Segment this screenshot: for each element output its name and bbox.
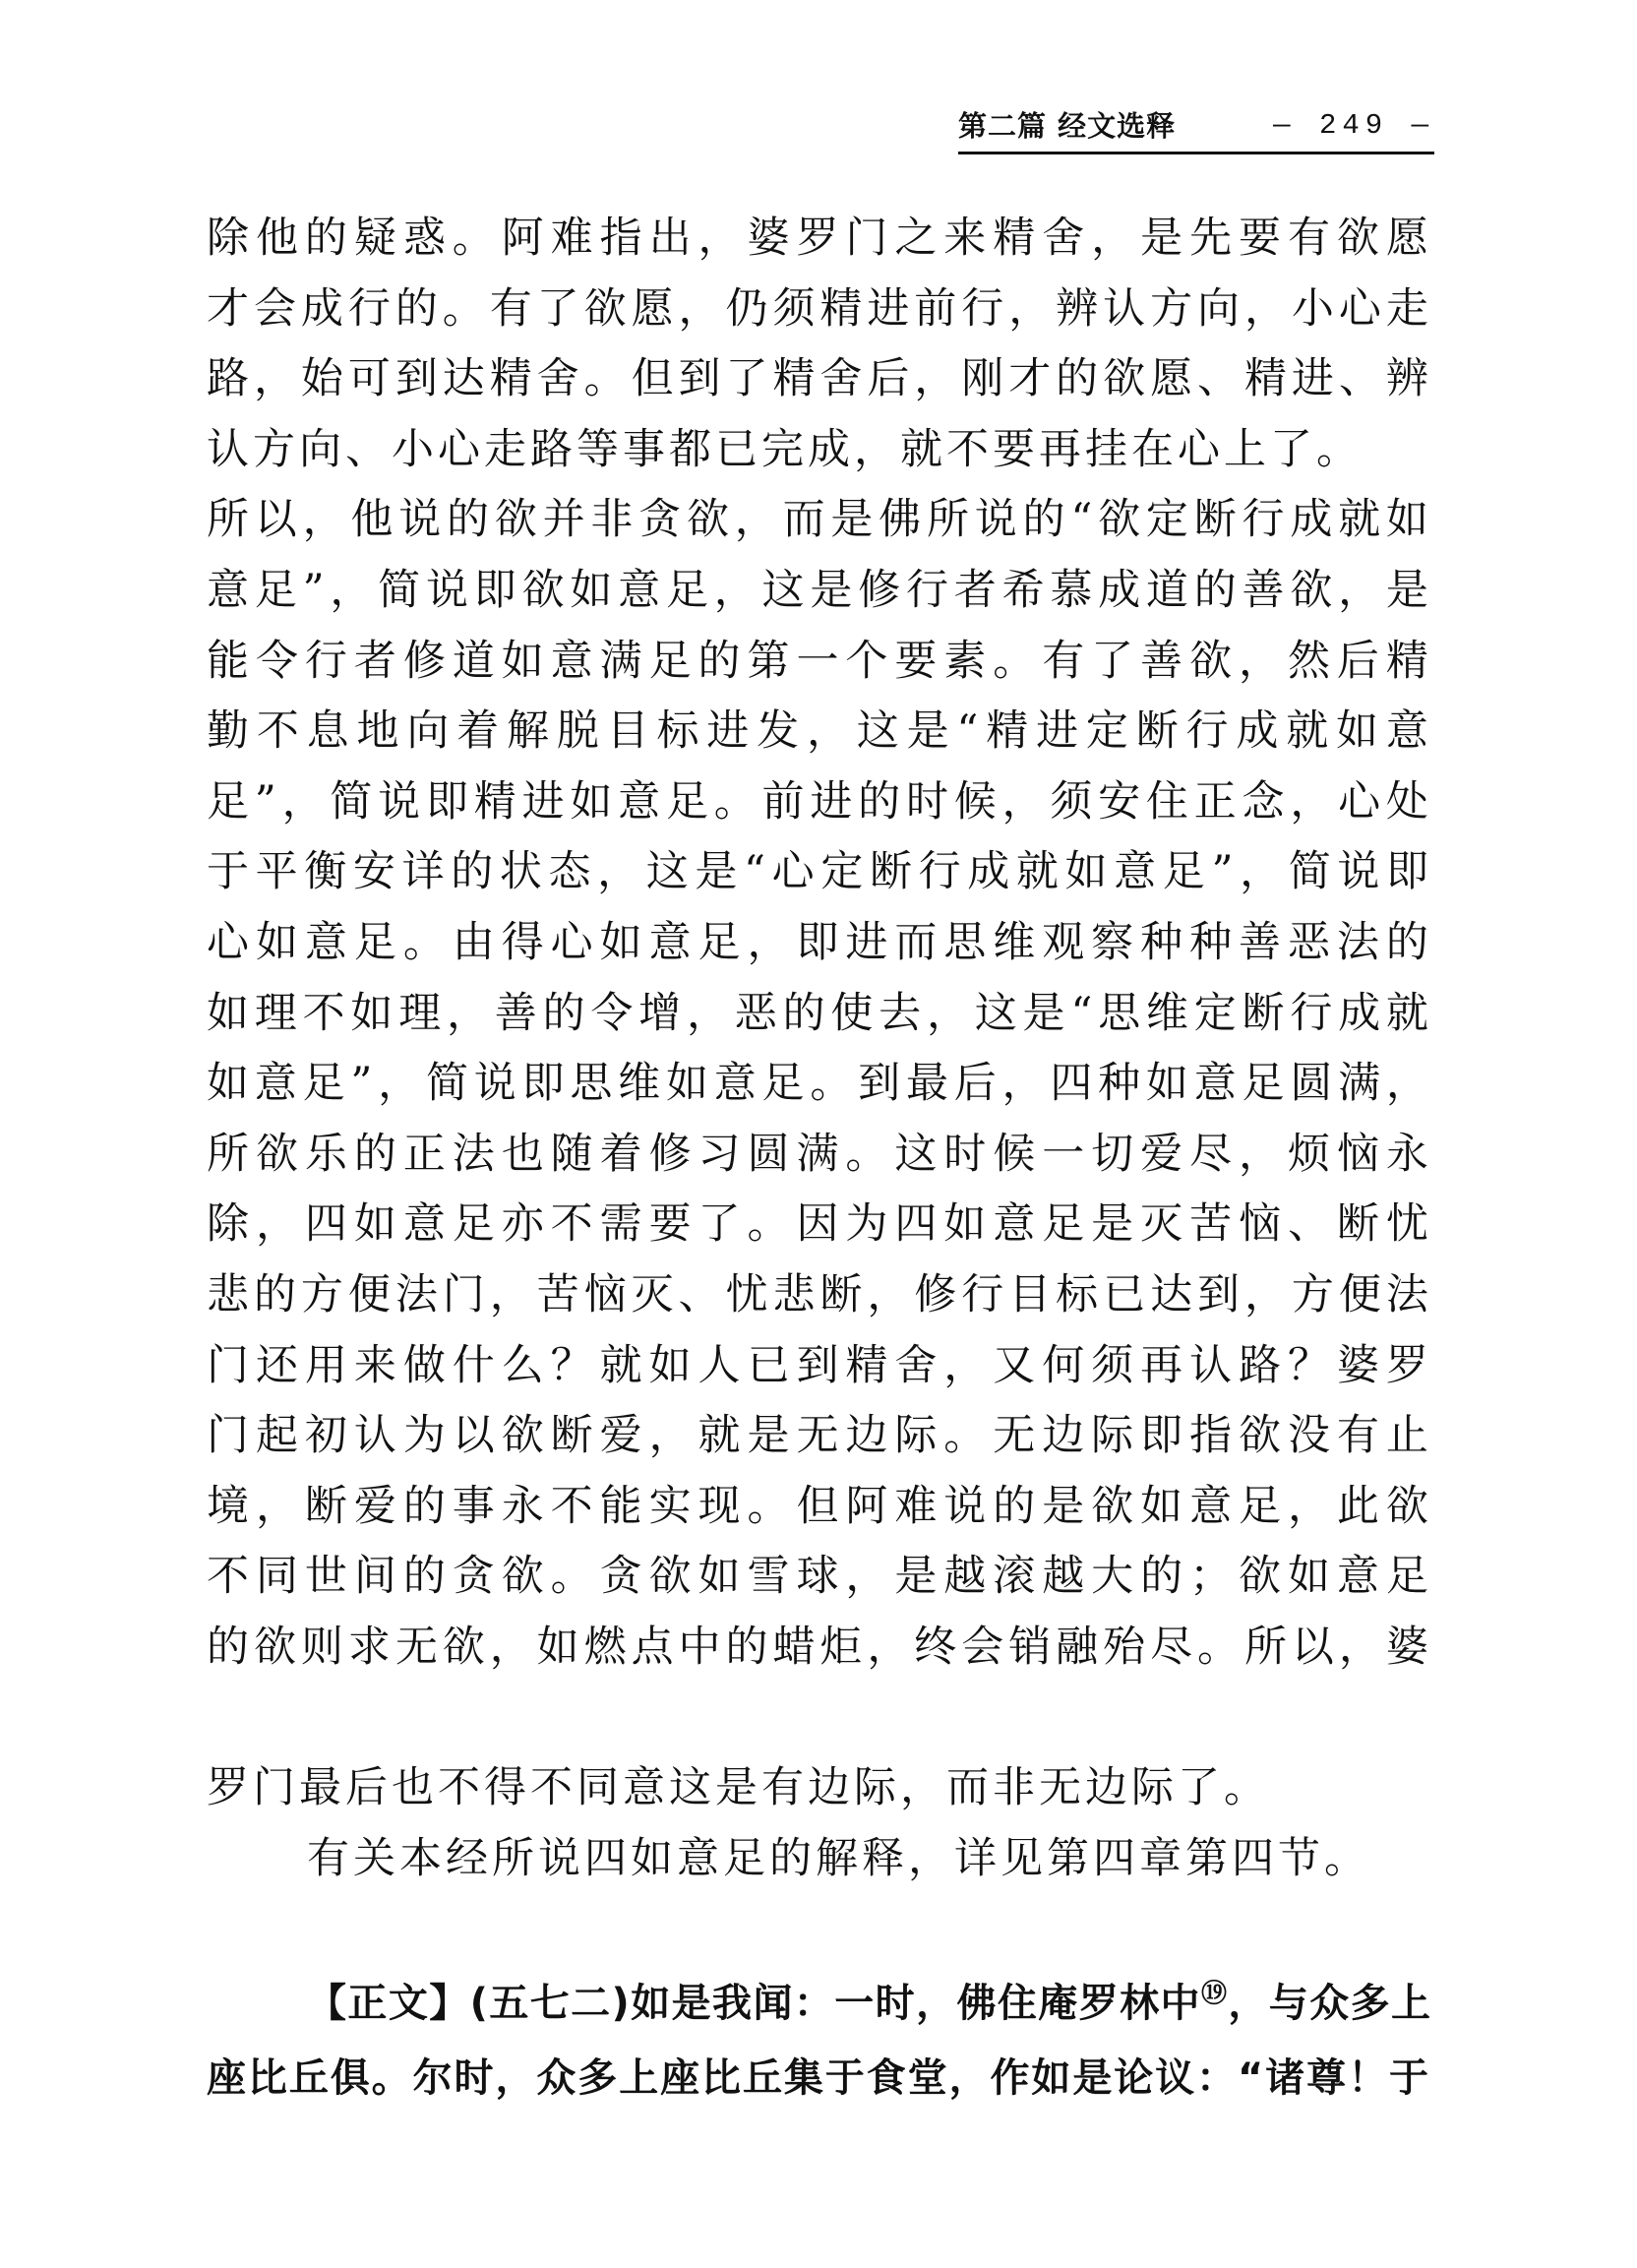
scripture-text: 【正文】(五七二)如是我闻：一时，佛住庵罗林中 [307,1981,1201,2026]
running-header: 第二篇 经文选释 — 249 — [958,106,1434,146]
header-rule [958,152,1434,154]
text-line: 勤不息地向着解脱目标进发，这是“精进定断行成就如意 [207,707,1428,755]
page-number: — 249 — [1273,106,1434,146]
text-line: 门起初认为以欲断爱，就是无边际。无边际即指欲没有止 [207,1412,1428,1459]
footnote-marker[interactable]: ⑲ [1201,1980,1228,2009]
text-line: 于平衡安详的状态，这是“心定断行成就如意足”，简说即 [207,848,1428,895]
text-line: 心如意足。由得心如意足，即进而思维观察种种善恶法的 [207,919,1428,966]
text-line: 能令行者修道如意满足的第一个要素。有了善欲，然后精 [207,638,1428,685]
text-line: 罗门最后也不得不同意这是有边际，而非无边际了。 [207,1764,1428,1811]
text-line: 才会成行的。有了欲愿，仍须精进前行，辨认方向，小心走 [207,285,1428,333]
text-line: 意足”，简说即欲如意足，这是修行者希慕成道的善欲，是 [207,567,1428,614]
text-line: 境，断爱的事永不能实现。但阿难说的是欲如意足，此欲 [207,1483,1428,1530]
scripture-line: 座比丘俱。尔时，众多上座比丘集于食堂，作如是论议：“诸尊！于 [207,2054,1428,2102]
text-line: 除，四如意足亦不需要了。因为四如意足是灭苦恼、断忧 [207,1200,1428,1248]
scripture-text: ，与众多上 [1228,1981,1430,2026]
text-line: 悲的方便法门，苦恼灭、忧悲断，修行目标已达到，方便法 [207,1271,1428,1318]
cross-reference-paragraph: 有关本经所说四如意足的解释，详见第四章第四节。 [307,1835,1428,1882]
chapter-title: 第二篇 经文选释 [958,106,1176,146]
text-line: 路，始可到达精舍。但到了精舍后，刚才的欲愿、精进、辨 [207,355,1428,402]
text-line: 足”，简说即精进如意足。前进的时候，须安住正念，心处 [207,778,1428,826]
scripture-line: 【正文】(五七二)如是我闻：一时，佛住庵罗林中⑲，与众多上 [307,1980,1430,2027]
text-line: 所欲乐的正法也随着修习圆满。这时候一切爱尽，烦恼永 [207,1131,1428,1178]
text-line: 不同世间的贪欲。贪欲如雪球，是越滚越大的；欲如意足 [207,1553,1428,1600]
text-line: 除他的疑惑。阿难指出，婆罗门之来精舍，是先要有欲愿 [207,215,1428,262]
text-line: 认方向、小心走路等事都已完成，就不要再挂在心上了。 [207,426,1428,473]
text-line: 门还用来做什么？就如人已到精舍，又何须再认路？婆罗 [207,1342,1428,1389]
text-line: 所以，他说的欲并非贪欲，而是佛所说的“欲定断行成就如 [207,496,1428,543]
text-line: 如理不如理，善的令增，恶的使去，这是“思维定断行成就 [207,990,1428,1037]
text-line: 如意足”，简说即思维如意足。到最后，四种如意足圆满， [207,1060,1428,1107]
text-line: 的欲则求无欲，如燃点中的蜡炬，终会销融殆尽。所以，婆 [207,1624,1428,1671]
